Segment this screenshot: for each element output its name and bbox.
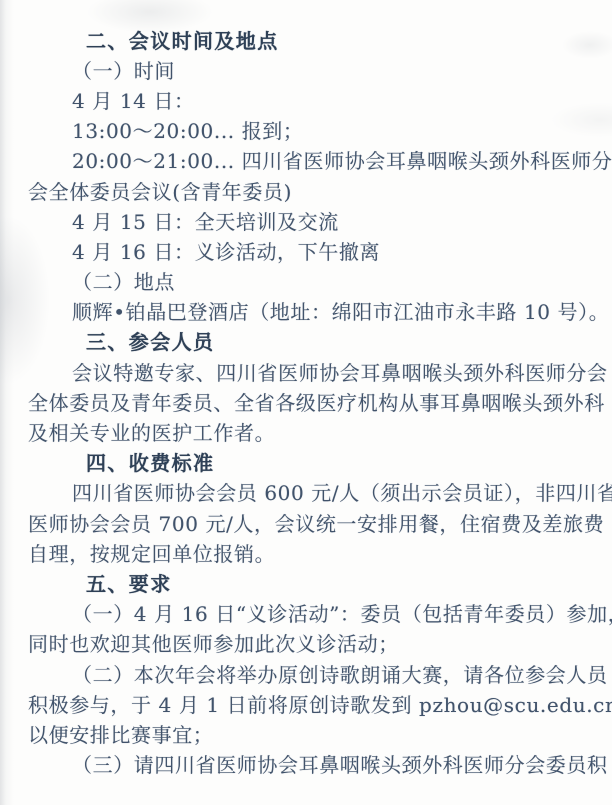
- text-line-fees-1: 四川省医师协会会员 600 元/人（须出示会员证），非四川省: [28, 477, 592, 507]
- text-line-location-subheading: （二）地点: [28, 266, 592, 296]
- section-heading-participants: 三、参会人员: [28, 326, 592, 356]
- text-line-requirement-2a: （二）本次年会将举办原创诗歌朗诵大赛，请各位参会人员: [28, 658, 592, 688]
- text-line-time-subheading: （一）时间: [28, 54, 592, 84]
- text-line-requirement-3a: （三）请四川省医师协会耳鼻咽喉头颈外科医师分会委员积: [28, 749, 592, 779]
- text-line-participants-2: 全体委员及青年委员、全省各级医疗机构从事耳鼻咽喉头颈外科: [28, 386, 592, 416]
- section-heading-meeting-time-location: 二、会议时间及地点: [28, 24, 592, 54]
- text-line-participants-3: 及相关专业的医护工作者。: [28, 416, 592, 446]
- text-line-april-14: 4 月 14 日：: [28, 84, 592, 114]
- text-line-requirement-2b-email: 积极参与，于 4 月 1 日前将原创诗歌发到 pzhou@scu.edu.cn，: [28, 688, 592, 718]
- text-line-april-16: 4 月 16 日：义诊活动，下午撤离: [28, 235, 592, 265]
- text-line-committee-meeting-wrap: 会全体委员会议(含青年委员): [28, 175, 592, 205]
- text-line-hotel-address: 顺辉•铂晶巴登酒店（地址：绵阳市江油市永丰路 10 号）。: [28, 296, 592, 326]
- text-line-participants-1: 会议特邀专家、四川省医师协会耳鼻咽喉头颈外科医师分会: [28, 356, 592, 386]
- text-line-registration-time: 13:00～20:00... 报到；: [28, 115, 592, 145]
- text-line-april-15: 4 月 15 日：全天培训及交流: [28, 205, 592, 235]
- text-line-committee-meeting-time: 20:00～21:00... 四川省医师协会耳鼻咽喉头颈外科医师分: [28, 145, 592, 175]
- section-heading-fees: 四、收费标准: [28, 447, 592, 477]
- section-heading-requirements: 五、要求: [28, 567, 592, 597]
- text-line-fees-2: 医师协会会员 700 元/人，会议统一安排用餐，住宿费及差旅费: [28, 507, 592, 537]
- text-line-requirement-2c: 以便安排比赛事宜；: [28, 718, 592, 748]
- text-line-fees-3: 自理，按规定回单位报销。: [28, 537, 592, 567]
- text-line-requirement-1a: （一）4 月 16 日“义诊活动”：委员（包括青年委员）参加，: [28, 598, 592, 628]
- document-page: 二、会议时间及地点 （一）时间 4 月 14 日： 13:00～20:00...…: [0, 0, 612, 805]
- text-line-requirement-1b: 同时也欢迎其他医师参加此次义诊活动；: [28, 628, 592, 658]
